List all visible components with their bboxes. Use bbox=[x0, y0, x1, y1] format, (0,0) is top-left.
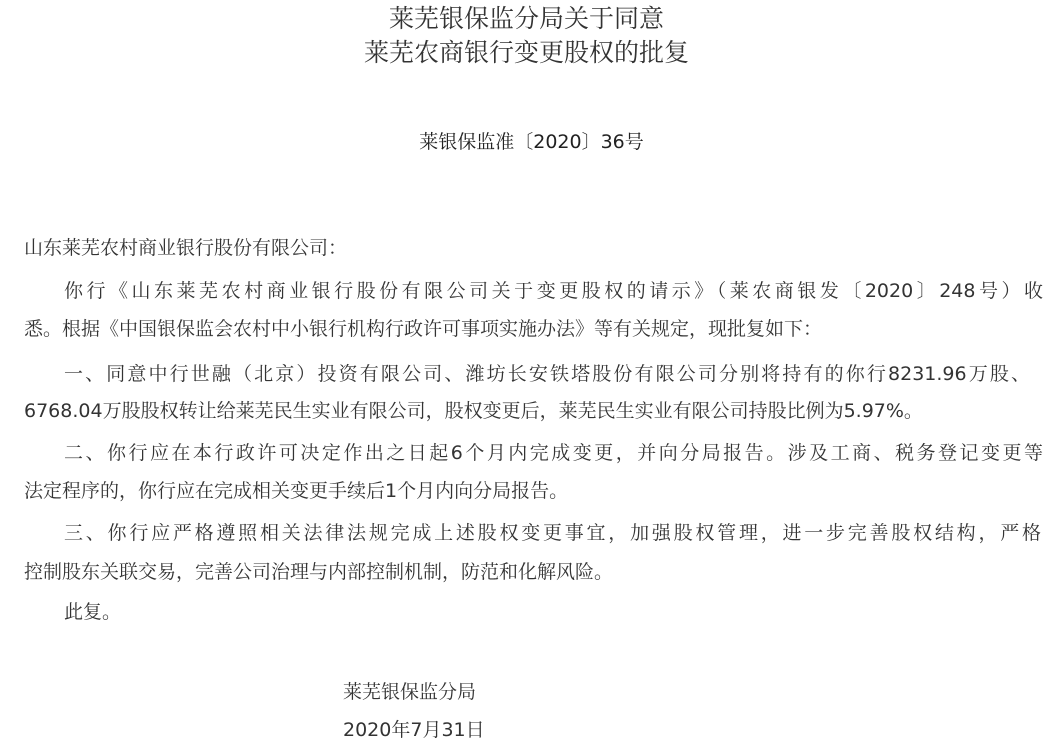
paragraph-1-line-1: 你行《山东莱芜农村商业银行股份有限公司关于变更股权的请示》（莱农商银发〔2020… bbox=[64, 279, 1043, 303]
paragraph-2-line-1: 一、同意中行世融（北京）投资有限公司、潍坊长安铁塔股份有限公司分别将持有的你行8… bbox=[64, 362, 1030, 386]
signature-date: 2020年7月31日 bbox=[343, 718, 485, 742]
document-title-line-1: 莱芜银保监分局关于同意 bbox=[0, 4, 1053, 34]
paragraph-2-line-2: 6768.04万股股权转让给莱芜民生实业有限公司，股权变更后，莱芜民生实业有限公… bbox=[24, 399, 923, 423]
paragraph-3-line-1: 二、你行应在本行政许可决定作出之日起6个月内完成变更，并向分局报告。涉及工商、税… bbox=[64, 441, 1043, 465]
addressee: 山东莱芜农村商业银行股份有限公司： bbox=[24, 236, 347, 260]
document-number: 莱银保监准〔2020〕36号 bbox=[0, 130, 1053, 154]
closing-text: 此复。 bbox=[64, 600, 121, 624]
document-title-line-2: 莱芜农商银行变更股权的批复 bbox=[0, 38, 1053, 68]
paragraph-1-line-2: 悉。根据《中国银保监会农村中小银行机构行政许可事项实施办法》等有关规定，现批复如… bbox=[24, 317, 822, 341]
signature-issuer: 莱芜银保监分局 bbox=[343, 680, 476, 704]
paragraph-4-line-1: 三、你行应严格遵照相关法律法规完成上述股权变更事宜，加强股权管理，进一步完善股权… bbox=[64, 521, 1041, 545]
paragraph-3-line-2: 法定程序的，你行应在完成相关变更手续后1个月内向分局报告。 bbox=[24, 479, 568, 503]
paragraph-4-line-2: 控制股东关联交易，完善公司治理与内部控制机制，防范和化解风险。 bbox=[24, 560, 613, 584]
